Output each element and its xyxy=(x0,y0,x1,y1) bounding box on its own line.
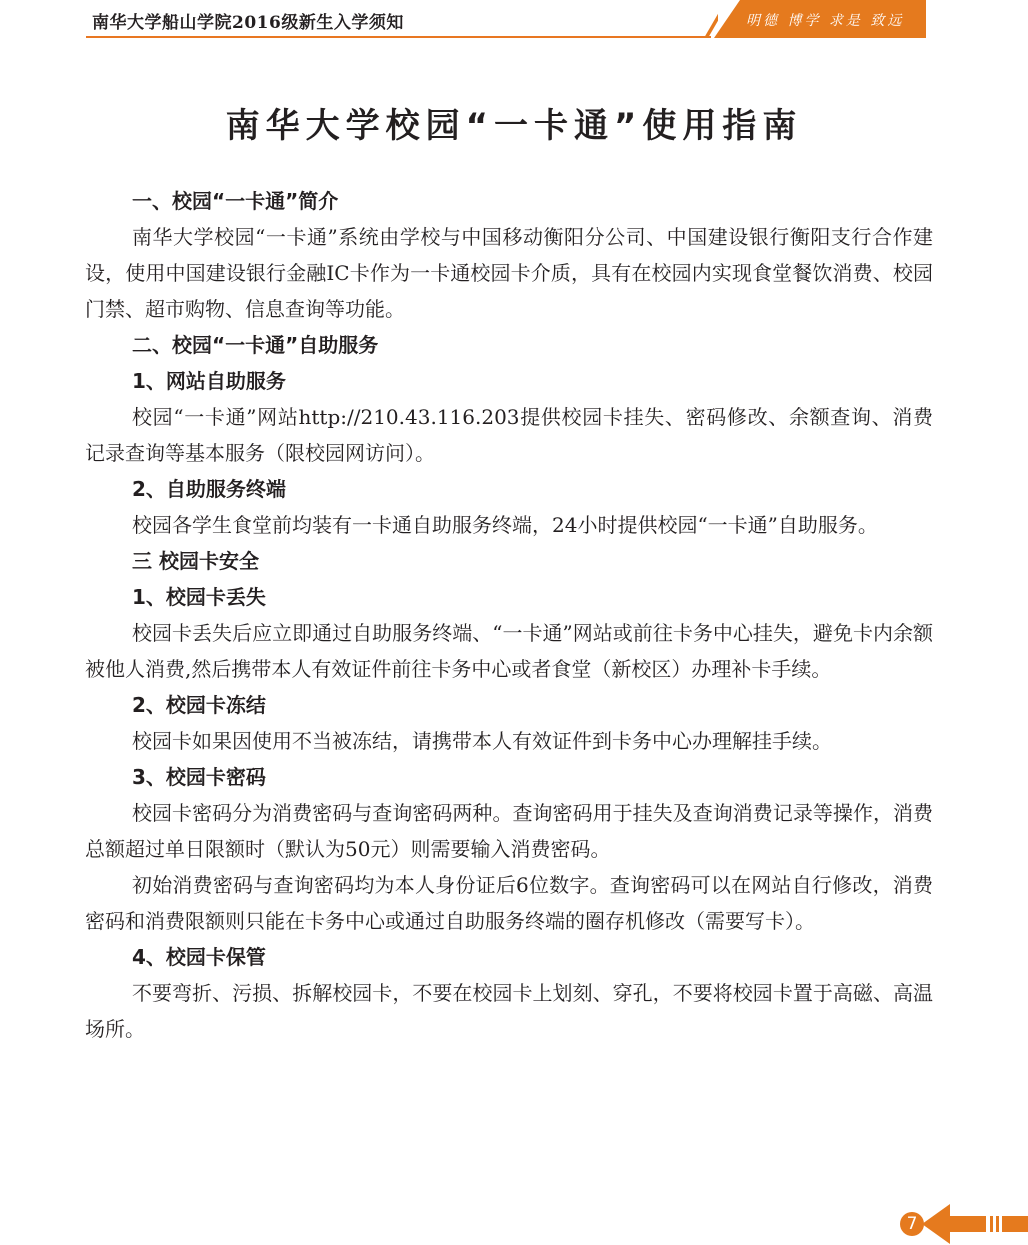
section-heading-security: 三 校园卡安全 xyxy=(85,543,933,579)
subheading-website-service: 1、网站自助服务 xyxy=(85,363,933,399)
paragraph-website-service: 校园“一卡通”网站http://210.43.116.203提供校园卡挂失、密码… xyxy=(85,399,933,471)
header-divider xyxy=(86,36,711,38)
header-motto: 明德 博学 求是 致远 xyxy=(746,10,904,30)
section-heading-intro: 一、校园“一卡通”简介 xyxy=(85,183,933,219)
page-number: 7 xyxy=(900,1212,924,1236)
paragraph-card-frozen: 校园卡如果因使用不当被冻结，请携带本人有效证件到卡务中心办理解挂手续。 xyxy=(85,723,933,759)
subheading-terminal: 2、自助服务终端 xyxy=(85,471,933,507)
subheading-card-care: 4、校园卡保管 xyxy=(85,939,933,975)
paragraph-terminal: 校园各学生食堂前均装有一卡通自助服务终端，24小时提供校园“一卡通”自助服务。 xyxy=(85,507,933,543)
subheading-card-lost: 1、校园卡丢失 xyxy=(85,579,933,615)
section-heading-self-service: 二、校园“一卡通”自助服务 xyxy=(85,327,933,363)
document-body: 一、校园“一卡通”简介 南华大学校园“一卡通”系统由学校与中国移动衡阳分公司、中… xyxy=(85,183,933,1047)
paragraph-card-care: 不要弯折、污损、拆解校园卡，不要在校园卡上划刻、穿孔，不要将校园卡置于高磁、高温… xyxy=(85,975,933,1047)
subheading-card-password: 3、校园卡密码 xyxy=(85,759,933,795)
page-header: 南华大学船山学院2016级新生入学须知 明德 博学 求是 致远 xyxy=(0,0,1028,40)
subheading-card-frozen: 2、校园卡冻结 xyxy=(85,687,933,723)
paragraph-intro: 南华大学校园“一卡通”系统由学校与中国移动衡阳分公司、中国建设银行衡阳支行合作建… xyxy=(85,219,933,327)
document-title: 南华大学校园“一卡通”使用指南 xyxy=(0,98,1028,147)
header-title: 南华大学船山学院2016级新生入学须知 xyxy=(92,8,404,33)
paragraph-card-password-2: 初始消费密码与查询密码均为本人身份证后6位数字。查询密码可以在网站自行修改，消费… xyxy=(85,867,933,939)
paragraph-card-lost: 校园卡丢失后应立即通过自助服务终端、“一卡通”网站或前往卡务中心挂失，避免卡内余… xyxy=(85,615,933,687)
header-slash-decoration xyxy=(704,0,718,38)
paragraph-card-password-1: 校园卡密码分为消费密码与查询密码两种。查询密码用于挂失及查询消费记录等操作，消费… xyxy=(85,795,933,867)
